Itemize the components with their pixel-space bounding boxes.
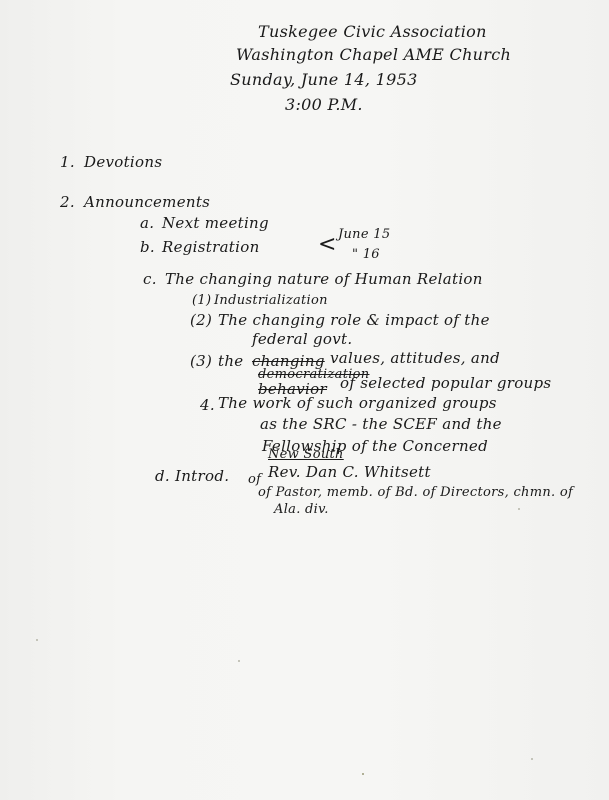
paper-speck: [518, 508, 520, 510]
paper-speck: [238, 660, 240, 662]
meeting-date: Sunday, June 14, 1953: [230, 70, 418, 89]
subitem-letter: c.: [143, 270, 157, 288]
introduced-person-name: Rev. Dan C. Whitsett: [268, 463, 431, 481]
subitem-letter: a.: [140, 214, 154, 232]
handwritten-agenda-page: Tuskegee Civic Association Washington Ch…: [0, 0, 609, 800]
point-number: 4.: [200, 396, 215, 414]
registration-date-2: " 16: [352, 247, 380, 262]
person-details-1: of Pastor, memb. of Bd. of Directors, ch…: [258, 485, 573, 500]
paper-speck: [531, 758, 533, 760]
subitem-human-relations: The changing nature of Human Relation: [165, 270, 483, 288]
subitem-letter: d.: [155, 467, 170, 485]
organization-name: Tuskegee Civic Association: [258, 22, 487, 41]
subitem-registration: Registration: [162, 238, 260, 256]
point-number: (1): [192, 293, 211, 308]
subitem-introd: Introd.: [175, 467, 229, 485]
point-organized-groups: The work of such organized groups: [218, 394, 497, 412]
venue-name: Washington Chapel AME Church: [236, 45, 511, 64]
paper-speck: [36, 639, 38, 641]
point-number: (3): [190, 352, 212, 370]
point-organized-groups-cont-1: as the SRC - the SCEF and the: [260, 415, 502, 433]
point-continuation: of selected popular groups: [340, 374, 551, 392]
inserted-new-south: New South: [268, 447, 344, 462]
point-federal-role-continuation: federal govt.: [252, 330, 352, 348]
point-federal-role: The changing role & impact of the: [218, 311, 490, 329]
subitem-letter: b.: [140, 238, 155, 256]
point-number: (2): [190, 311, 212, 329]
brace-symbol: <: [318, 232, 336, 257]
person-details-2: Ala. div.: [274, 502, 329, 517]
item-number: 2.: [60, 193, 75, 211]
item-label-devotions: Devotions: [84, 153, 162, 171]
point-values: values, attitudes, and: [330, 349, 500, 367]
item-number: 1.: [60, 153, 75, 171]
registration-date-1: June 15: [338, 227, 390, 242]
meeting-time: 3:00 P.M.: [285, 95, 363, 114]
point-prefix: the: [218, 352, 243, 370]
subitem-next-meeting: Next meeting: [162, 214, 269, 232]
item-label-announcements: Announcements: [84, 193, 210, 211]
point-industrialization: Industrialization: [214, 293, 328, 308]
paper-speck: [362, 773, 364, 775]
